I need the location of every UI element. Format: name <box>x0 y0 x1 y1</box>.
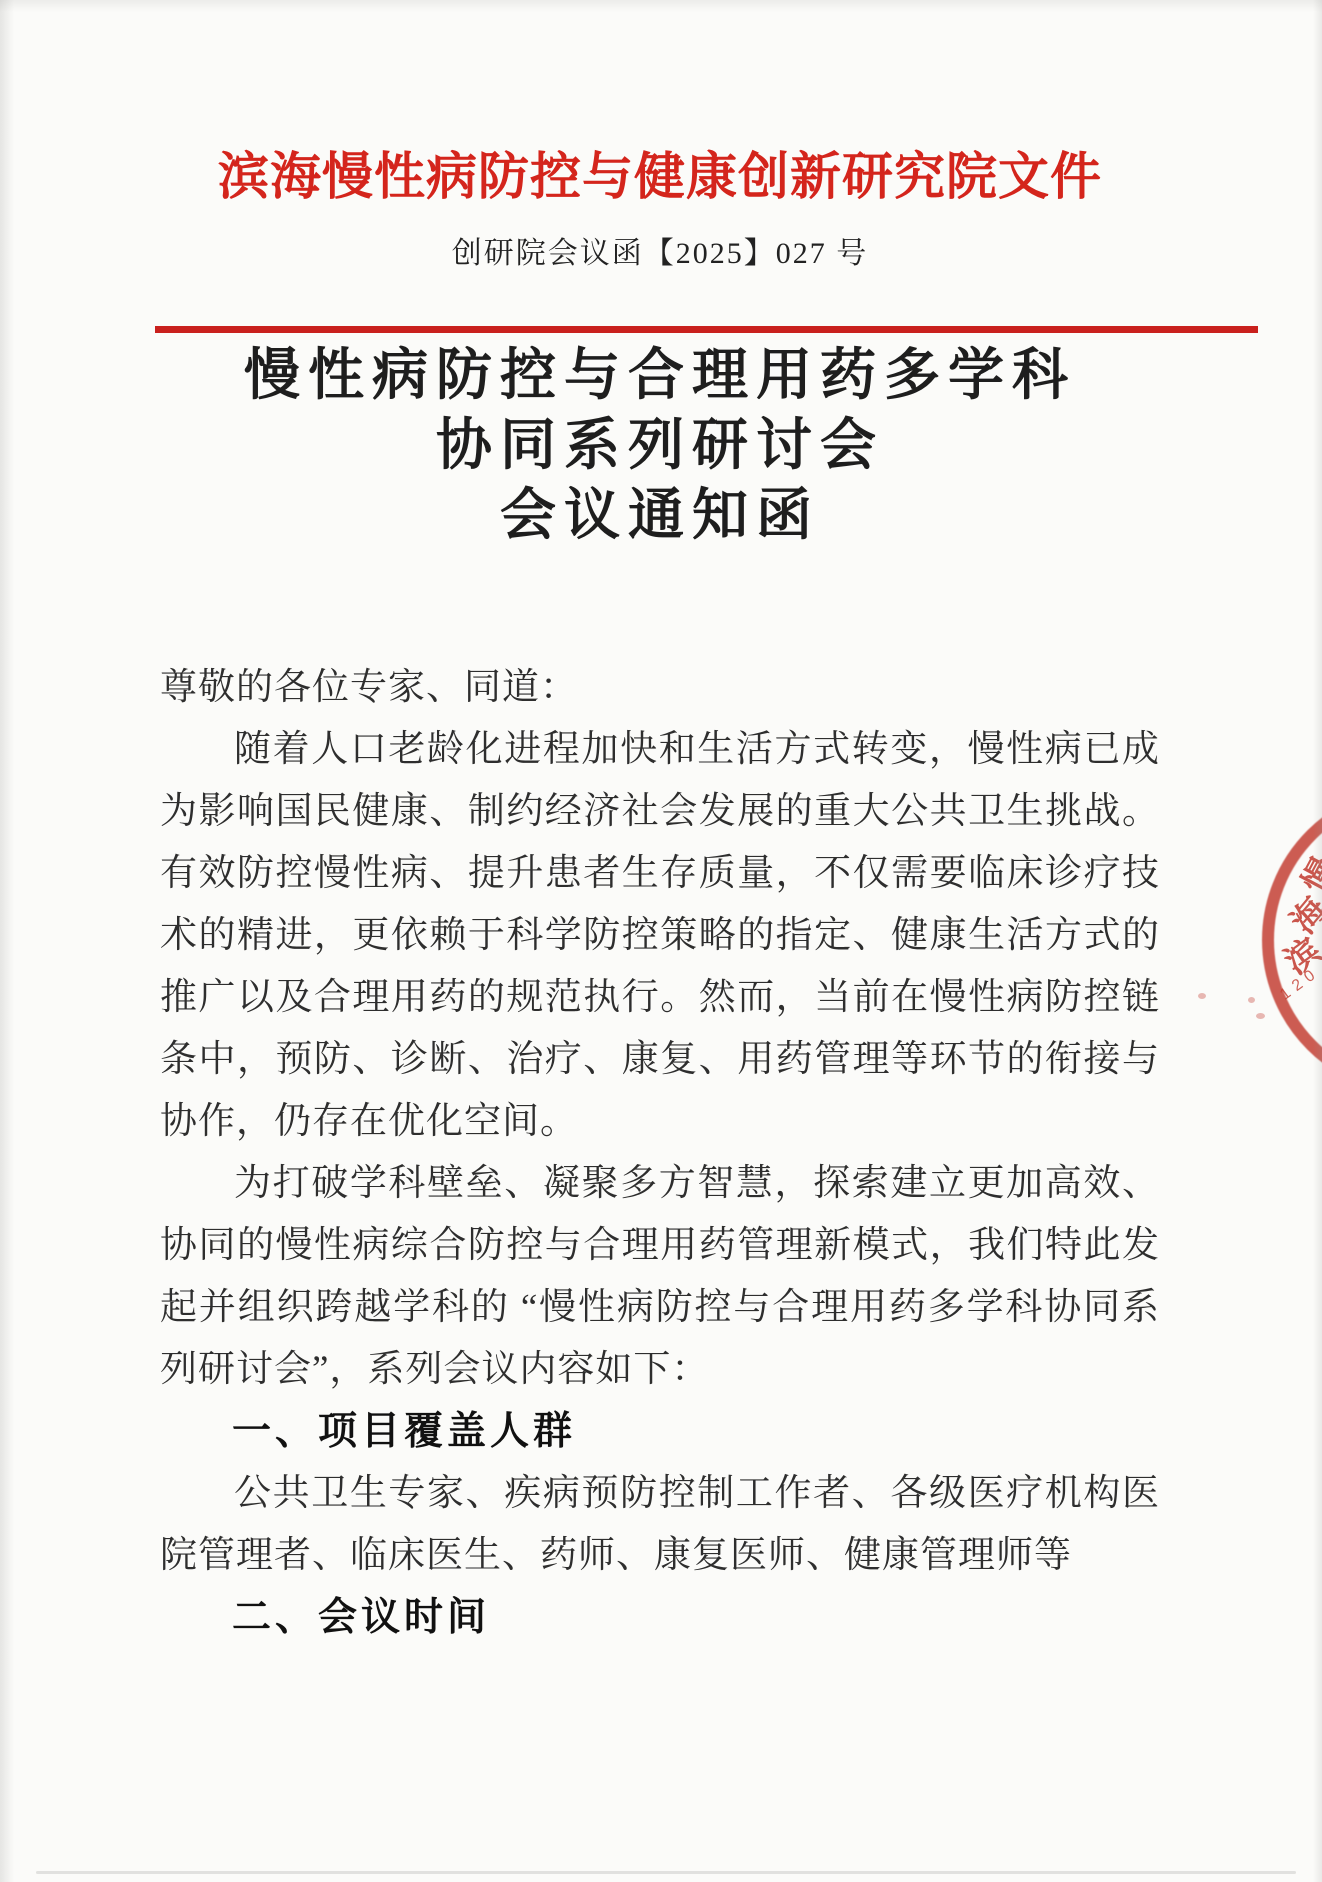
document-title-line-1: 慢性病防控与合理用药多学科 <box>160 341 1160 411</box>
paragraph-2: 为打破学科壁垒、凝聚多方智慧，探索建立更加高效、协同的慢性病综合防控与合理用药管… <box>160 1153 1160 1401</box>
scan-artifact-bottom <box>36 1871 1296 1874</box>
org-header-title: 滨海慢性病防控与健康创新研究院文件 <box>160 148 1160 208</box>
letter-body: 尊敬的各位专家、同道： 随着人口老龄化进程加快和生活方式转变，慢性病已成为影响国… <box>160 657 1160 1649</box>
section-1-body: 公共卫生专家、疾病预防控制工作者、各级医疗机构医院管理者、临床医生、药师、康复医… <box>160 1463 1160 1587</box>
document-content: 滨海慢性病防控与健康创新研究院文件 创研院会议函【2025】027 号 慢性病防… <box>0 148 1322 1649</box>
paragraph-1: 随着人口老龄化进程加快和生活方式转变，慢性病已成为影响国民健康、制约经济社会发展… <box>160 719 1160 1153</box>
document-title-line-2: 协同系列研讨会 <box>160 411 1160 481</box>
document-title: 慢性病防控与合理用药多学科 协同系列研讨会 会议通知函 <box>160 341 1160 551</box>
salutation: 尊敬的各位专家、同道： <box>160 657 1160 719</box>
scan-artifact-top <box>0 0 1322 12</box>
document-title-line-3: 会议通知函 <box>160 481 1160 551</box>
document-page: 滨海慢性病防控与健康创新研究院文件 创研院会议函【2025】027 号 慢性病防… <box>0 0 1322 1882</box>
section-heading-2: 二、会议时间 <box>160 1587 1160 1649</box>
doc-number: 创研院会议函【2025】027 号 <box>160 234 1160 274</box>
section-heading-1: 一、项目覆盖人群 <box>160 1401 1160 1463</box>
header-divider-rule <box>155 326 1258 333</box>
